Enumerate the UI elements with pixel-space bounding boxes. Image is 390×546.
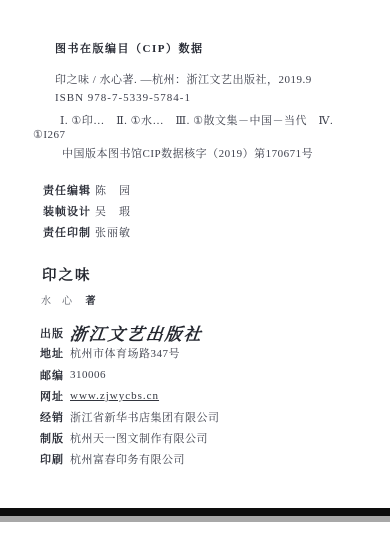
- staff-value-designer: 吴 瑕: [95, 203, 131, 219]
- pub-value-plate-making: 杭州天一图文制作有限公司: [70, 430, 208, 446]
- staff-row-designer: 装帧设计 吴 瑕: [43, 203, 131, 219]
- publisher-calligraphy-logo: 浙江文艺出版社: [69, 320, 205, 345]
- cip-header: 图书在版编目（CIP）数据: [55, 40, 203, 56]
- book-author: 水 心 著: [41, 292, 96, 307]
- pub-row-printer: 印刷 杭州富春印务有限公司: [40, 451, 185, 467]
- staff-row-editor: 责任编辑 陈 园: [43, 182, 131, 198]
- staff-label-print-supervisor: 责任印制: [43, 224, 95, 240]
- pub-label-address: 地址: [40, 345, 70, 361]
- author-name: 水 心: [41, 296, 73, 307]
- pub-label-publisher: 出版: [40, 325, 70, 341]
- pub-label-printer: 印刷: [40, 451, 70, 467]
- pub-row-postcode: 邮编 310006: [40, 367, 106, 383]
- pub-label-plate-making: 制版: [40, 430, 70, 446]
- isbn-line: ISBN 978-7-5339-5784-1: [55, 92, 191, 104]
- cip-classification-continuation: ①I267: [33, 128, 66, 141]
- pub-row-distributor: 经销 浙江省新华书店集团有限公司: [40, 409, 220, 425]
- author-suffix: 著: [86, 296, 97, 307]
- book-title: 印之味: [42, 264, 92, 285]
- cip-record-number: 中国版本图书馆CIP数据核字（2019）第170671号: [62, 145, 313, 161]
- page-bottom-edge-gray: [0, 516, 390, 522]
- copyright-page: 图书在版编目（CIP）数据 印之味 / 水心著. —杭州：浙江文艺出版社，201…: [0, 0, 390, 546]
- staff-value-print-supervisor: 张丽敏: [95, 224, 131, 240]
- page-bottom-edge-black: [0, 508, 390, 516]
- cip-catalog-line: 印之味 / 水心著. —杭州：浙江文艺出版社，2019.9: [55, 71, 312, 87]
- pub-value-distributor: 浙江省新华书店集团有限公司: [70, 409, 220, 425]
- staff-row-print-supervisor: 责任印制 张丽敏: [43, 224, 131, 240]
- pub-value-address: 杭州市体育场路347号: [70, 345, 180, 361]
- pub-row-plate-making: 制版 杭州天一图文制作有限公司: [40, 430, 208, 446]
- pub-label-distributor: 经销: [40, 409, 70, 425]
- staff-label-editor: 责任编辑: [43, 182, 95, 198]
- pub-label-website: 网址: [40, 388, 70, 404]
- staff-value-editor: 陈 园: [95, 182, 131, 198]
- pub-value-printer: 杭州富春印务有限公司: [70, 451, 185, 467]
- pub-label-postcode: 邮编: [40, 367, 70, 383]
- cip-classification-line: Ⅰ. ①印… Ⅱ. ①水… Ⅲ. ①散文集－中国－当代 Ⅳ.: [60, 112, 333, 128]
- pub-row-website: 网址 www.zjwycbs.cn: [40, 388, 159, 404]
- publisher-website-link[interactable]: www.zjwycbs.cn: [70, 390, 159, 402]
- pub-value-postcode: 310006: [70, 369, 106, 381]
- pub-row-publisher: 出版 浙江文艺出版社: [40, 320, 203, 345]
- pub-row-address: 地址 杭州市体育场路347号: [40, 345, 180, 361]
- staff-label-designer: 装帧设计: [43, 203, 95, 219]
